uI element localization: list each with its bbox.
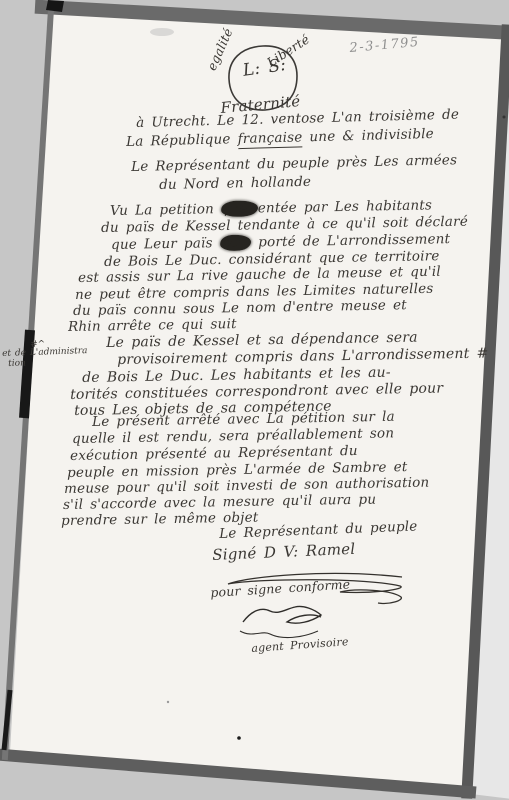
- margin-note-line1: et de L'administra: [2, 347, 88, 359]
- dateline-line2: La République française une & indivisibl…: [126, 128, 434, 150]
- considerants-line7: du païs connu sous Le nom d'entre meuse …: [73, 299, 407, 318]
- considerants-line1-post: entée par Les habitants: [258, 197, 433, 216]
- handwritten-text-layer: egalité Liberté L: S: Fraternité 2-3-179…: [0, 0, 509, 800]
- dateline-line2-underlined: française: [237, 129, 302, 149]
- considerants-line3-pre: que Leur païs: [111, 235, 220, 253]
- certification-agent-title: agent Provisoire: [251, 636, 349, 654]
- dateline-line2-post: une & indivisible: [302, 126, 434, 145]
- stamp-initials: L: S:: [242, 57, 287, 80]
- margin-note-line2: tion: [8, 359, 26, 369]
- certification-line1: pour signe conforme: [210, 578, 351, 599]
- considerants-line1-pre: Vu La petition: [110, 201, 221, 219]
- stamp-word-egalite: egalité: [206, 27, 236, 73]
- salutation-line2: du Nord en hollande: [159, 176, 311, 193]
- ink-blot: soit: [219, 235, 251, 252]
- salutation-line1: Le Représentant du peuple près Les armée…: [131, 154, 457, 174]
- ink-blot: prés: [221, 200, 258, 217]
- pencil-date: 2-3-1795: [349, 36, 420, 55]
- considerants-line8: Rhin arrête ce qui suit: [68, 318, 237, 334]
- document-scan: egalité Liberté L: S: Fraternité 2-3-179…: [0, 0, 509, 800]
- closing-signature-line: Signé D V: Ramel: [212, 542, 356, 563]
- dateline-line2-pre: La République: [126, 131, 238, 150]
